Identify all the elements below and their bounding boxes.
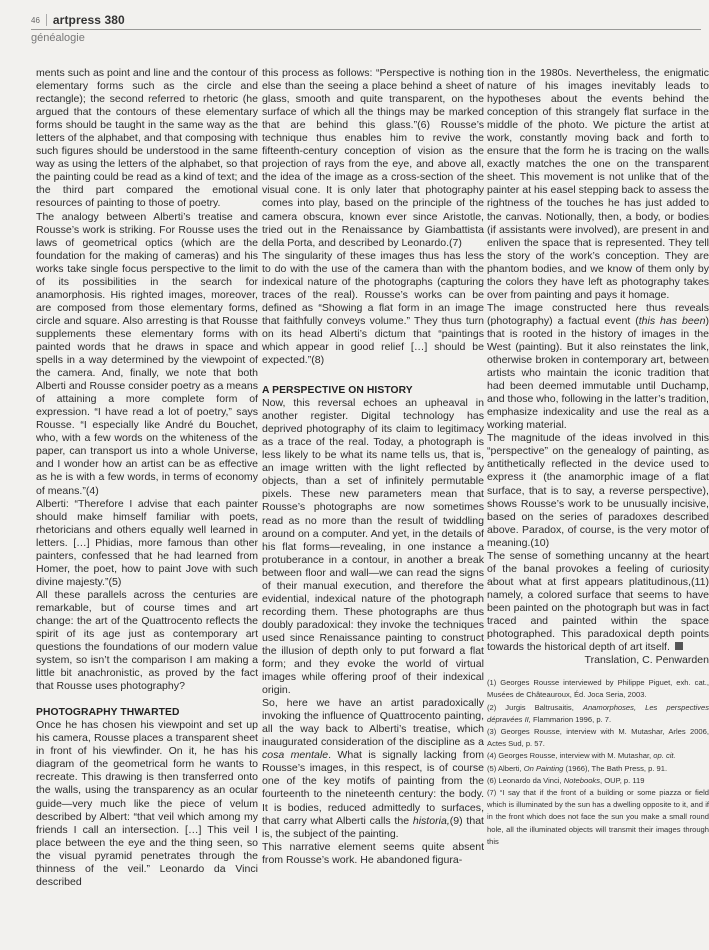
article-column-2: this process as follows: “Perspective is…	[262, 67, 484, 867]
italic-term: this has been	[639, 315, 706, 327]
page-header: 46 artpress 380	[31, 11, 701, 30]
italic-title: op. cit.	[653, 751, 675, 760]
article-column-1: ments such as point and line and the con…	[36, 67, 258, 889]
text-run: (5) Alberti,	[487, 764, 524, 773]
magazine-title: artpress 380	[53, 13, 125, 29]
paragraph: All these parallels across the centuries…	[36, 589, 258, 693]
text-run: ) that is rooted in the history of image…	[487, 315, 709, 431]
paragraph: The singularity of these images thus has…	[262, 250, 484, 367]
footnote: (5) Alberti, On Painting (1966), The Bat…	[487, 763, 709, 775]
text-run: (1966), The Bath Press, p. 91.	[563, 764, 667, 773]
translation-credit: Translation, C. Penwarden	[487, 654, 709, 667]
paragraph: The sense of something uncanny at the he…	[487, 550, 709, 654]
text-run: (4) Georges Rousse, interview with M. Mu…	[487, 751, 653, 760]
paragraph: The image constructed here thus reveals …	[487, 302, 709, 432]
paragraph: Alberti: “Therefore I advise that each p…	[36, 498, 258, 589]
end-of-article-icon	[675, 642, 683, 650]
header-separator	[46, 14, 47, 26]
text-run: (2) Jurgis Baltrusaitis,	[487, 703, 583, 712]
section-heading: PHOTOGRAPHY THWARTED	[36, 706, 258, 719]
footnotes: (1) Georges Rousse interviewed by Philip…	[487, 677, 709, 848]
text-run: So, here we have an artist paradoxically…	[262, 697, 484, 748]
italic-title: On Painting	[524, 764, 564, 773]
text-run: Flammarion 1996, p. 7.	[531, 715, 611, 724]
footnote: (7) “I say that if the front of a buildi…	[487, 787, 709, 848]
paragraph: Once he has chosen his viewpoint and set…	[36, 719, 258, 889]
text-run: The sense of something uncanny at the he…	[487, 550, 709, 653]
footnote: (6) Leonardo da Vinci, Notebooks, OUP, p…	[487, 775, 709, 787]
paragraph: this process as follows: “Perspective is…	[262, 67, 484, 250]
paragraph: The magnitude of the ideas involved in t…	[487, 432, 709, 549]
paragraph: ments such as point and line and the con…	[36, 67, 258, 211]
paragraph: The analogy between Alberti’s treatise a…	[36, 211, 258, 498]
italic-term: historia,	[413, 815, 450, 827]
page-number: 46	[31, 16, 40, 29]
text-run: (6) Leonardo da Vinci,	[487, 776, 564, 785]
paragraph: So, here we have an artist paradoxically…	[262, 697, 484, 841]
article-column-3: tion in the 1980s. Nevertheless, the eni…	[487, 67, 709, 848]
italic-title: Notebooks	[564, 776, 600, 785]
footnote: (2) Jurgis Baltrusaitis, Anamorphoses, L…	[487, 702, 709, 726]
section-heading: A PERSPECTIVE ON HISTORY	[262, 384, 484, 397]
paragraph: Now, this reversal echoes an upheaval in…	[262, 397, 484, 697]
footnote: (4) Georges Rousse, interview with M. Mu…	[487, 750, 709, 762]
footnote: (3) Georges Rousse, interview with M. Mu…	[487, 726, 709, 750]
italic-term: cosa mentale	[262, 749, 328, 761]
text-run: , OUP, p. 119	[600, 776, 644, 785]
paragraph: This narrative element seems quite absen…	[262, 841, 484, 867]
paragraph: tion in the 1980s. Nevertheless, the eni…	[487, 67, 709, 302]
footnote: (1) Georges Rousse interviewed by Philip…	[487, 677, 709, 701]
section-label: généalogie	[31, 32, 85, 44]
